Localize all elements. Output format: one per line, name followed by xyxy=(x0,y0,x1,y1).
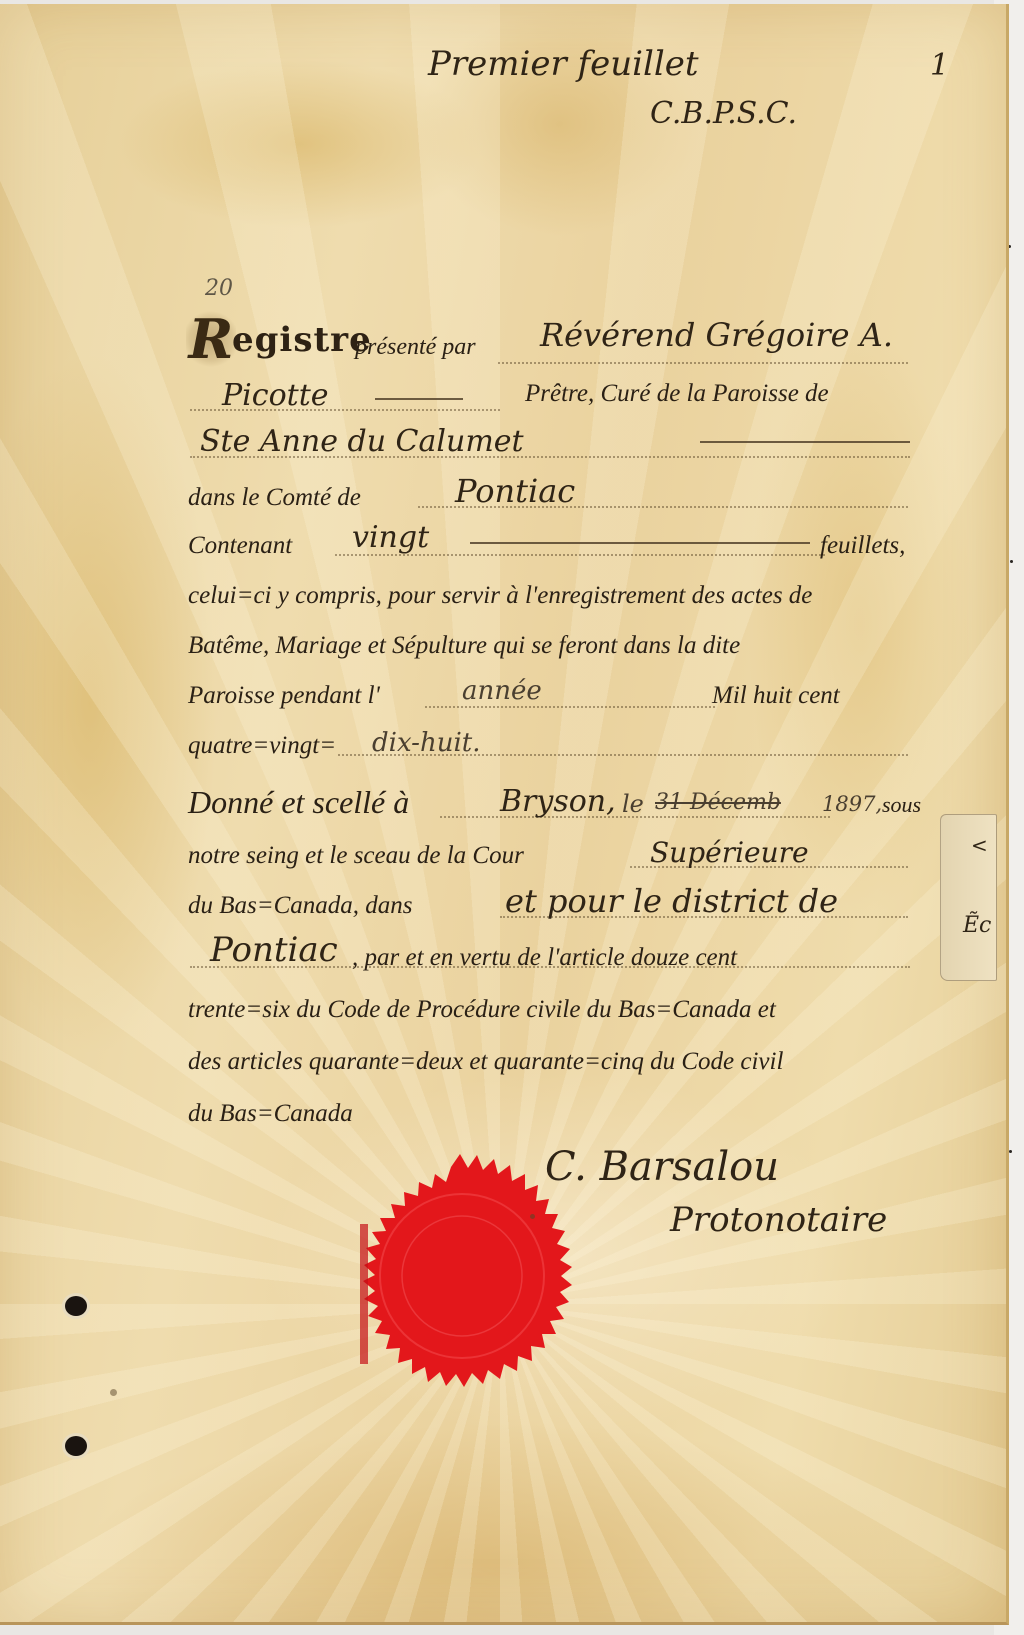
folio-pencil-number: 20 xyxy=(205,276,233,301)
speck xyxy=(110,1389,117,1396)
margin-mark: Ẽc xyxy=(963,913,991,938)
line10-le: le xyxy=(622,790,644,818)
filler-dash xyxy=(700,441,910,443)
filler-dash xyxy=(375,398,463,400)
line10-printed-end: sous xyxy=(882,792,921,818)
line8-printed: Paroisse pendant l' xyxy=(188,682,380,710)
line5-printed-end: feuillets, xyxy=(820,532,905,560)
line7-printed: Batême, Mariage et Sépulture qui se fero… xyxy=(188,632,740,660)
margin-tab: < Ẽc xyxy=(940,814,997,981)
line8-annee: année xyxy=(462,676,542,706)
line3-parish-name: Ste Anne du Calumet xyxy=(200,424,524,459)
line10-printed: Donné et scellé à xyxy=(188,784,409,821)
line8-printed-end: Mil huit cent xyxy=(712,682,840,710)
filler-dash xyxy=(470,542,810,544)
line4-county: Pontiac xyxy=(455,472,575,510)
document-page: Premier feuillet C.B.P.S.C. 1 20 R egist… xyxy=(0,4,1009,1625)
line15-printed: des articles quarante=deux et quarante=c… xyxy=(188,1048,783,1076)
line16-printed: du Bas=Canada xyxy=(188,1100,353,1128)
line1-printed: présenté par xyxy=(355,334,476,361)
annotation-initials: C.B.P.S.C. xyxy=(650,96,797,131)
line12-district: et pour le district de xyxy=(505,882,838,920)
line12-printed: du Bas=Canada, dans xyxy=(188,892,413,920)
line10-year: 1897, xyxy=(822,792,882,816)
binding-hole xyxy=(65,1436,87,1456)
line9-year-words: dix-huit. xyxy=(372,728,480,758)
line4-printed: dans le Comté de xyxy=(188,484,361,512)
line6-printed: celui=ci y compris, pour servir à l'enre… xyxy=(188,582,812,610)
binding-hole xyxy=(65,1296,87,1316)
red-seal-icon xyxy=(340,1154,580,1394)
margin-mark: < xyxy=(971,833,988,857)
line5-printed: Contenant xyxy=(188,532,292,560)
signature-name: C. Barsalou xyxy=(545,1144,779,1190)
line10-place: Bryson, xyxy=(500,784,616,819)
ornate-initial-r: R xyxy=(186,309,236,369)
page-number: 1 xyxy=(930,48,949,83)
line13-district-name: Pontiac xyxy=(210,930,338,970)
line2-surname: Picotte xyxy=(222,378,329,413)
line11-court: Supérieure xyxy=(650,836,809,869)
fill-line xyxy=(425,706,715,708)
fill-line xyxy=(498,362,908,364)
line14-printed: trente=six du Code de Procédure civile d… xyxy=(188,996,776,1024)
line13-printed: , par et en vertu de l'article douze cen… xyxy=(352,944,737,972)
line2-printed: Prêtre, Curé de la Paroisse de xyxy=(525,380,829,408)
line5-leaf-count: vingt xyxy=(352,520,429,555)
line9-printed: quatre=vingt= xyxy=(188,732,336,760)
line11-printed: notre seing et le sceau de la Cour xyxy=(188,842,524,870)
speck xyxy=(530,1214,535,1219)
line1-priest-name: Révérend Grégoire A. xyxy=(540,316,893,354)
registre-title: egistre xyxy=(232,320,372,360)
annotation-premier-feuillet: Premier feuillet xyxy=(428,44,699,84)
line10-struck-date: 31 Décemb xyxy=(655,790,781,815)
signature-title: Protonotaire xyxy=(670,1200,887,1240)
